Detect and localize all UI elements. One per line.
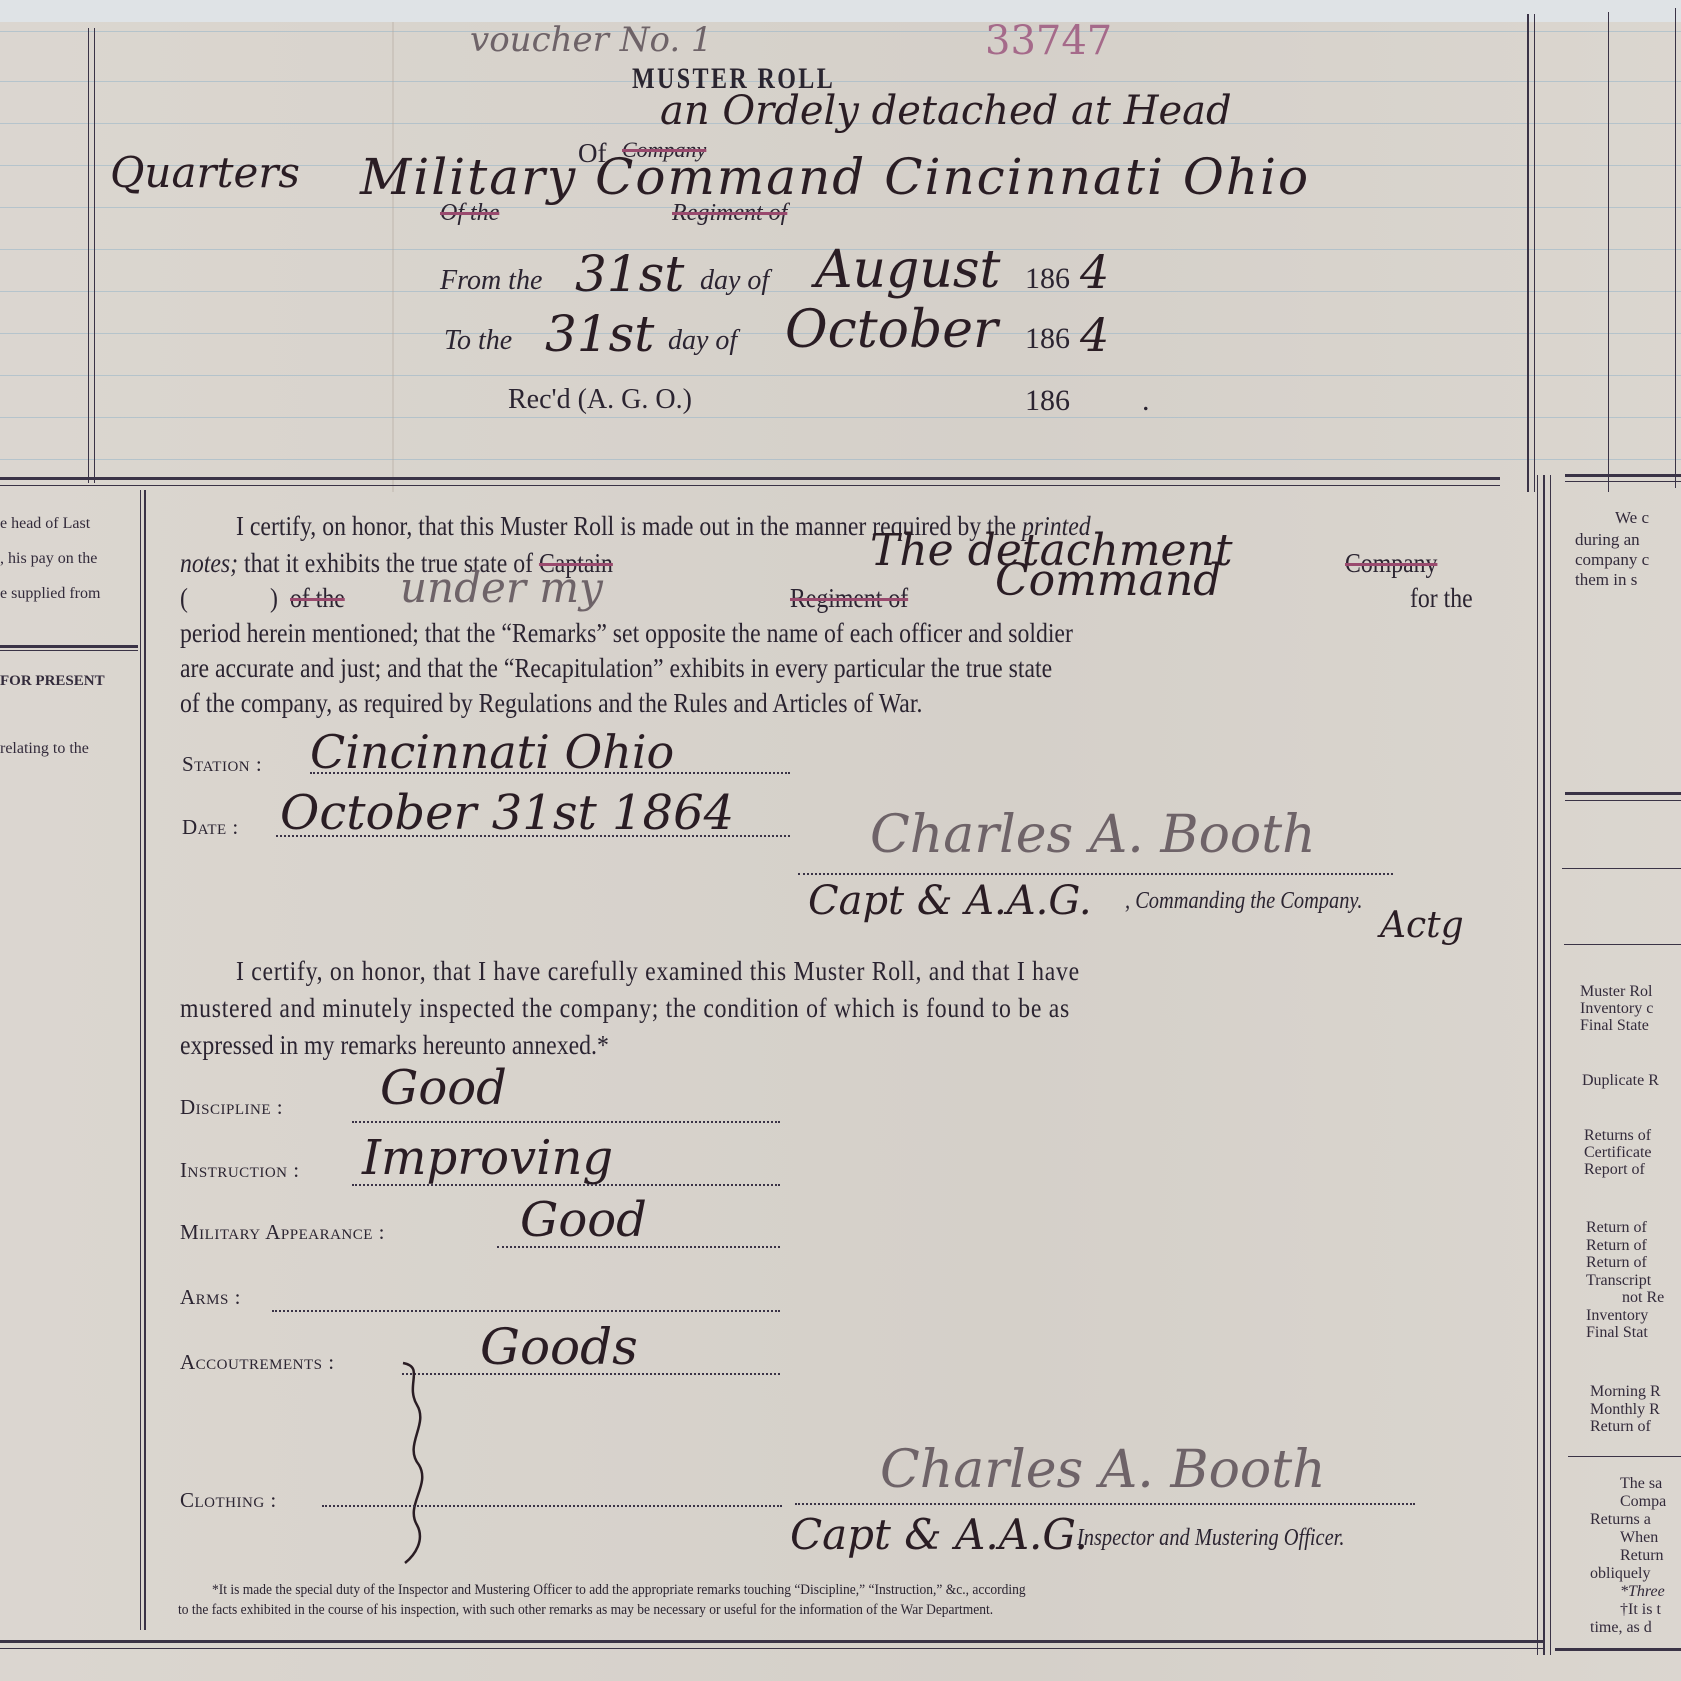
station-label: Station : xyxy=(182,752,262,777)
date-label: Date : xyxy=(182,815,239,840)
arms-label: Arms : xyxy=(180,1285,241,1310)
station-value[interactable]: Cincinnati Ohio xyxy=(310,725,674,779)
for-the-label: for the xyxy=(1410,580,1473,616)
recd-label: Rec'd (A. G. O.) xyxy=(508,384,692,416)
left-border-line xyxy=(88,28,89,483)
fold-crease xyxy=(392,22,394,492)
right-intro-4: them in s xyxy=(1575,570,1637,590)
discipline-field-line xyxy=(352,1121,780,1123)
recd-dot: . xyxy=(1142,384,1150,418)
right-intro-2: during an xyxy=(1575,530,1640,550)
far-right-line xyxy=(1675,8,1676,488)
from-year-digit: 4 xyxy=(1080,245,1109,299)
from-day-value: 31st xyxy=(575,245,684,303)
left-panel-divider-2 xyxy=(0,650,138,651)
left-panel-line-3: e supplied from xyxy=(0,585,100,603)
cert-inspector-line-2: mustered and minutely inspected the comp… xyxy=(180,990,1070,1026)
to-day-value: 31st xyxy=(545,305,654,363)
to-label: To the xyxy=(444,325,512,357)
right-list-c: Returns of Certificate Report of xyxy=(1584,1127,1652,1178)
hand-command: Command xyxy=(995,555,1221,606)
clothing-label: Clothing : xyxy=(180,1488,277,1513)
inspector-signature-line xyxy=(795,1503,1415,1505)
paren-open: ( xyxy=(180,580,188,616)
commanding-label: , Commanding the Company. xyxy=(1125,888,1362,915)
from-year-prefix: 186 xyxy=(1025,262,1070,296)
right-border-line xyxy=(1527,14,1529,492)
left-panel-heading: FOR PRESENT xyxy=(0,673,105,690)
lower-right-border xyxy=(1537,475,1538,1655)
clothing-field-line xyxy=(322,1505,782,1507)
lower-left-border xyxy=(140,490,141,1630)
right-intro-1: We c xyxy=(1615,508,1649,528)
discipline-label: Discipline : xyxy=(180,1095,283,1120)
regiment-struck-2: Regiment of xyxy=(790,580,908,616)
cert-inspector-line-3: expressed in my remarks hereunto annexed… xyxy=(180,1027,609,1063)
arms-field-line xyxy=(272,1310,780,1312)
right-section-divider xyxy=(1565,474,1681,477)
from-day-of-label: day of xyxy=(700,265,769,297)
ditto-brace-icon xyxy=(395,1355,435,1565)
right-panel-rule-2 xyxy=(1564,944,1681,945)
cert-commander-line-6: of the company, as required by Regulatio… xyxy=(180,685,922,721)
accoutrements-field-line xyxy=(402,1373,780,1375)
commander-signature-line xyxy=(798,873,1393,875)
lower-left-border-2 xyxy=(144,490,146,1630)
station-field-line xyxy=(310,772,790,774)
pencil-voucher-note: voucher No. 1 xyxy=(470,20,713,60)
left-panel-line-2: , his pay on the xyxy=(0,550,97,568)
to-year-prefix: 186 xyxy=(1025,322,1070,356)
instruction-label: Instruction : xyxy=(180,1158,300,1183)
lower-right-border-2 xyxy=(1543,475,1545,1655)
right-border-line-2 xyxy=(1534,14,1535,492)
cert-commander-line-4: period herein mentioned; that the “Remar… xyxy=(180,615,1073,651)
accoutrements-label: Accoutrements : xyxy=(180,1350,335,1375)
to-month-value: October xyxy=(785,300,998,360)
right-notes: The sa Compa Returns a When Return obliq… xyxy=(1590,1475,1666,1637)
recd-year-prefix: 186 xyxy=(1025,384,1070,418)
instruction-field-line xyxy=(352,1184,780,1186)
left-border-line-2 xyxy=(94,28,95,483)
cert-commander-line-5: are accurate and just; and that the “Rec… xyxy=(180,650,1052,686)
regiment-struck: Regiment of xyxy=(672,200,787,227)
cert-inspector-line-1: I certify, on honor, that I have careful… xyxy=(236,953,1080,989)
section-divider xyxy=(0,477,1500,480)
lower-right-border-3 xyxy=(1550,475,1551,1655)
footnote-line-1: *It is made the special duty of the Insp… xyxy=(212,1582,1026,1599)
military-appearance-label: Military Appearance : xyxy=(180,1220,385,1245)
bottom-divider xyxy=(0,1640,1545,1643)
discipline-value[interactable]: Good xyxy=(380,1060,507,1116)
right-panel-rule-3 xyxy=(1568,1456,1681,1457)
of-the-struck: Of the xyxy=(440,200,499,227)
accoutrements-value[interactable]: Goods xyxy=(480,1318,638,1376)
hand-under-my: under my xyxy=(400,563,603,612)
section-divider-2 xyxy=(0,485,1500,486)
inspector-rank: Capt & A.A.G. xyxy=(790,1510,1088,1559)
from-month-value: August xyxy=(815,240,1000,300)
right-list-b: Duplicate R xyxy=(1582,1072,1659,1090)
bottom-divider-2 xyxy=(0,1648,1545,1649)
handwritten-unit-line-1: an Ordely detached at Head xyxy=(660,88,1232,134)
right-panel-divider-2 xyxy=(1565,800,1681,801)
right-list-a: Muster Rol Inventory c Final State xyxy=(1580,983,1653,1034)
military-appearance-value[interactable]: Good xyxy=(520,1192,647,1248)
inspector-signature: Charles A. Booth xyxy=(880,1440,1326,1500)
paren-close: ) xyxy=(270,580,278,616)
record-number: 33747 xyxy=(985,18,1112,64)
to-day-of-label: day of xyxy=(668,325,737,357)
to-year-digit: 4 xyxy=(1080,308,1109,362)
military-appearance-field-line xyxy=(497,1246,780,1248)
date-field-line xyxy=(276,835,790,837)
right-list-e: Morning R Monthly R Return of xyxy=(1590,1383,1661,1436)
from-label: From the xyxy=(440,265,542,297)
right-intro-3: company c xyxy=(1575,550,1649,570)
left-panel-line-1: e head of Last xyxy=(0,515,90,533)
right-panel-divider xyxy=(1565,792,1681,795)
commander-signature: Charles A. Booth xyxy=(870,805,1316,865)
date-value[interactable]: October 31st 1864 xyxy=(280,785,734,841)
bottom-right-divider xyxy=(1555,1648,1681,1651)
right-panel-rule xyxy=(1562,868,1681,869)
handwritten-unit-line-2: Military Command Cincinnati Ohio xyxy=(360,148,1310,206)
instruction-value[interactable]: Improving xyxy=(362,1130,613,1186)
of-the-struck-2: of the xyxy=(290,580,345,616)
company-struck-2: Company xyxy=(1345,545,1437,581)
right-section-divider-2 xyxy=(1565,481,1681,482)
commander-rank: Capt & A.A.G. xyxy=(808,878,1092,924)
handwritten-quarters: Quarters xyxy=(110,148,300,197)
inspector-officer-label: Inspector and Mustering Officer. xyxy=(1077,1525,1344,1552)
right-column-line xyxy=(1608,12,1609,492)
right-list-d: Return of Return of Return of Transcript… xyxy=(1586,1219,1664,1342)
left-panel-divider xyxy=(0,645,138,648)
footnote-line-2: to the facts exhibited in the course of … xyxy=(178,1602,993,1619)
acting-note: Actg xyxy=(1380,905,1464,946)
left-panel-line-4: relating to the xyxy=(0,740,89,758)
